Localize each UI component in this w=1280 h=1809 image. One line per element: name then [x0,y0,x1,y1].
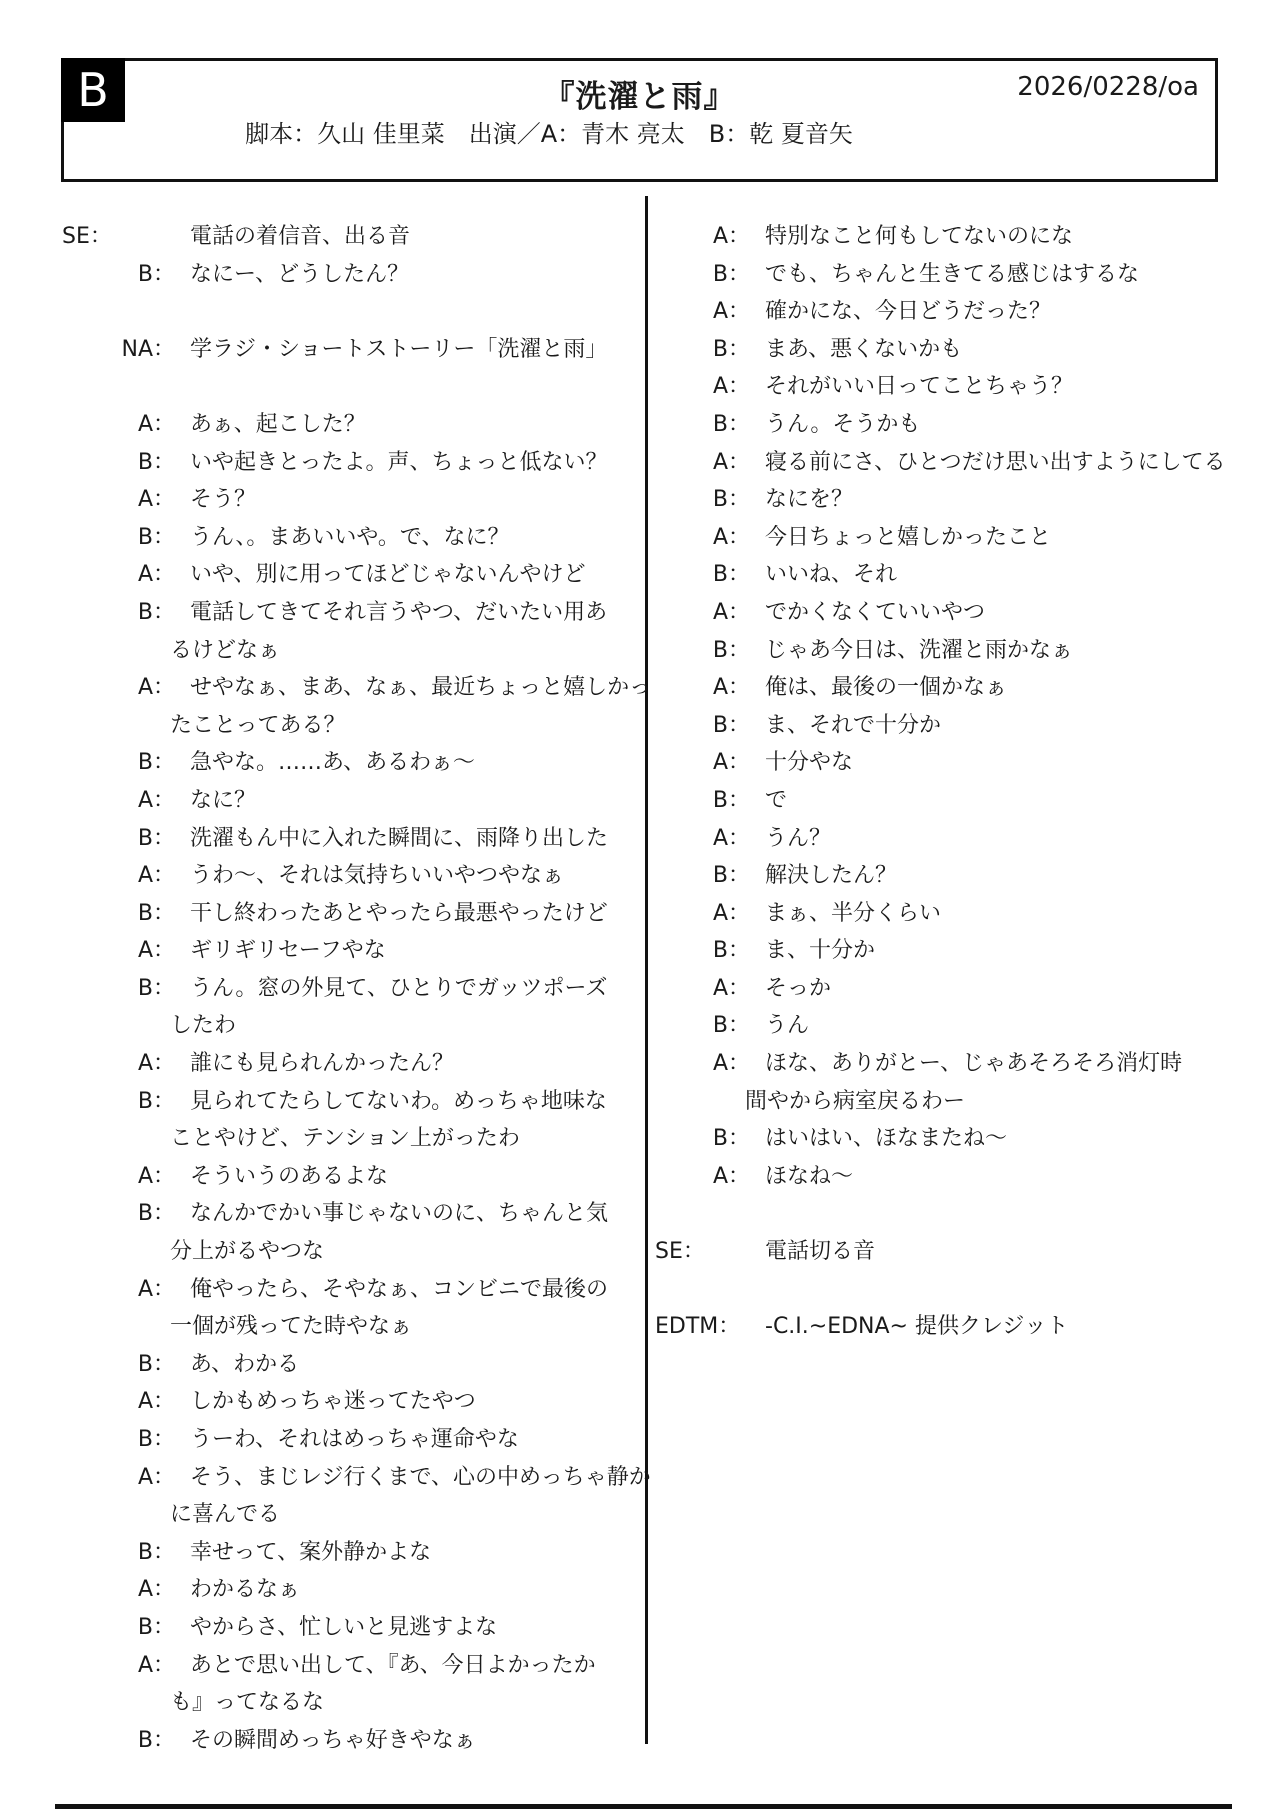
speaker-label: B： [655,1007,750,1045]
line-text: 幸せって、案外静かよな [190,1534,431,1572]
script-row-d: A：俺は、最後の一個かなぁ [655,669,1265,707]
script-row-d: B：ま、十分か [655,932,1265,970]
speaker-label [62,293,175,331]
speaker-label [62,1308,155,1346]
speaker-label: B： [62,970,175,1008]
speaker-label: A： [655,820,750,858]
line-text: ま、十分か [765,932,875,970]
column-divider [645,196,648,1744]
speaker-label: SE： [655,1233,750,1271]
script-row-d: B：なにー、どうしたん？ [62,256,618,294]
line-text: なにー、どうしたん？ [190,256,409,294]
speaker-label [62,1007,155,1045]
line-text: 解決したん？ [765,857,897,895]
speaker-label: B： [655,481,750,519]
script-row-d: B：解決したん？ [655,857,1265,895]
line-text: るけどなぁ [170,632,280,670]
script-row-d: A：俺やったら、そやなぁ、コンビニで最後の [62,1271,618,1309]
speaker-label [62,1120,155,1158]
speaker-label: B： [655,707,750,745]
script-row-d: A：うん？ [655,820,1265,858]
script-row-d: A：確かにな、今日どうだった？ [655,293,1265,331]
next-page-edge [55,1804,1232,1809]
script-row-d: A：あとで思い出して、『あ、今日よかったか [62,1647,618,1685]
script-row-d: B：あ、わかる [62,1346,618,1384]
speaker-label: A： [62,1571,175,1609]
script-row-cont: るけどなぁ [62,632,618,670]
script-row-d: B：うん [655,1007,1265,1045]
line-text: なんかでかい事じゃないのに、ちゃんと気 [190,1195,608,1233]
line-text: そう？ [190,481,256,519]
line-text: 俺やったら、そやなぁ、コンビニで最後の [190,1271,608,1309]
speaker-label: B： [655,857,750,895]
line-text: あぁ、起こした？ [190,406,366,444]
speaker-label: A： [655,744,750,782]
script-row-d: A：十分やな [655,744,1265,782]
line-text: いいね、それ [765,556,897,594]
script-row-d: A：今日ちょっと嬉しかったこと [655,519,1265,557]
speaker-label: A： [655,669,750,707]
speaker-label: B： [62,1534,175,1572]
line-text: ま、それで十分か [765,707,941,745]
speaker-label: A： [62,1158,175,1196]
script-row-d: B：なにを？ [655,481,1265,519]
script-row-cont: ことやけど、テンション上がったわ [62,1120,618,1158]
script-row-d: NA：学ラジ・ショートストーリー「洗濯と雨」 [62,331,618,369]
line-text: も』ってなるな [170,1684,324,1722]
script-row-d: A：いや、別に用ってほどじゃないんやけど [62,556,618,594]
speaker-label: A： [62,669,175,707]
speaker-label: A： [62,556,175,594]
speaker-label: A： [655,519,750,557]
script-row-d: B：洗濯もん中に入れた瞬間に、雨降り出した [62,820,618,858]
line-text: うん。そうかも [765,406,920,444]
script-row-d: A：しかもめっちゃ迷ってたやつ [62,1383,618,1421]
line-text: うん、。まあいいや。で、なに？ [190,519,509,557]
line-text: 俺は、最後の一個かなぁ [765,669,1007,707]
line-text: うん [765,1007,809,1045]
speaker-label: A： [62,406,175,444]
speaker-label: B： [62,744,175,782]
line-text: あとで思い出して、『あ、今日よかったか [190,1647,596,1685]
script-row-d: B：やからさ、忙しいと見逃すよな [62,1609,618,1647]
speaker-label: B： [62,1722,175,1760]
line-text: うーわ、それはめっちゃ運命やな [190,1421,519,1459]
script-column-right: A：特別なこと何もしてないのになB：でも、ちゃんと生きてる感じはするなA：確かに… [655,218,1265,1346]
line-text: 十分やな [765,744,853,782]
speaker-label [655,1195,750,1233]
script-row-d: A：なに？ [62,782,618,820]
script-row-cont: 一個が残ってた時やなぁ [62,1308,618,1346]
line-text: 誰にも見られんかったん？ [190,1045,454,1083]
line-text: ギリギリセーフやな [190,932,386,970]
script-row-cont: 分上がるやつな [62,1233,618,1271]
script-row-d: B：見られてたらしてないわ。めっちゃ地味な [62,1083,618,1121]
script-row-d: A：せやなぁ、まあ、なぁ、最近ちょっと嬉しかっ [62,669,618,707]
script-row-d: B：うん。そうかも [655,406,1265,444]
line-text: うん。窓の外見て、ひとりでガッツポーズ [190,970,607,1008]
speaker-label [62,1496,155,1534]
speaker-label: A： [62,1383,175,1421]
line-text: で [765,782,787,820]
line-text: うわ～、それは気持ちいいやつやなぁ [190,857,564,895]
script-row-d: A：それがいい日ってことちゃう？ [655,368,1265,406]
script-row-se: SE：電話切る音 [655,1233,1265,1271]
line-text: うん？ [765,820,831,858]
line-text: まぁ、半分くらい [765,895,941,933]
speaker-label: A： [655,594,750,632]
speaker-label: NA： [62,331,175,369]
speaker-label: A： [62,1459,175,1497]
script-row-d: B：じゃあ今日は、洗濯と雨かなぁ [655,632,1265,670]
line-text: 電話してきてそれ言うやつ、だいたい用あ [190,594,607,632]
line-text: いや起きとったよ。声、ちょっと低ない？ [190,444,608,482]
line-text: に喜んでる [170,1496,280,1534]
script-row-d: B：幸せって、案外静かよな [62,1534,618,1572]
speaker-label: EDTM： [655,1308,750,1346]
speaker-label: B： [62,1195,175,1233]
credits-line: 脚本：久山 佳里菜 出演／A：青木 亮太 B：乾 夏音矢 [64,114,1034,149]
script-row-d: A：そういうのあるよな [62,1158,618,1196]
script-row-d: A：まぁ、半分くらい [655,895,1265,933]
speaker-label [62,1233,155,1271]
speaker-label: B： [62,519,175,557]
line-text: その瞬間めっちゃ好きやなぁ [190,1722,476,1760]
script-row-cont: 間やから病室戻るわー [655,1083,1265,1121]
speaker-label: B： [62,594,175,632]
speaker-label: A： [62,481,175,519]
line-text: はいはい、ほなまたね～ [765,1120,1007,1158]
speaker-label: B： [62,256,175,294]
speaker-label: B： [655,406,750,444]
line-text: 特別なこと何もしてないのにな [765,218,1073,256]
line-text: 急やな。……あ、あるわぁ～ [190,744,475,782]
air-date: 2026/0228/oa [1017,72,1199,102]
line-text: 分上がるやつな [170,1233,324,1271]
speaker-label: A： [655,970,750,1008]
script-row-d: B：うん。窓の外見て、ひとりでガッツポーズ [62,970,618,1008]
script-row-blank [655,1195,1265,1233]
speaker-label [655,1271,750,1309]
line-text: なにを？ [765,481,853,519]
line-text: まあ、悪くないかも [765,331,962,369]
speaker-label: A： [655,368,750,406]
line-text: でかくなくていいやつ [765,594,985,632]
line-text: ほなね～ [765,1158,853,1196]
line-text: 寝る前にさ、ひとつだけ思い出すようにしてる [765,444,1226,482]
speaker-label: A： [655,1158,750,1196]
script-row-d: B：いや起きとったよ。声、ちょっと低ない？ [62,444,618,482]
speaker-label: B： [62,1346,175,1384]
speaker-label: B： [62,895,175,933]
script-row-d: B：はいはい、ほなまたね～ [655,1120,1265,1158]
line-text: たことってある？ [170,707,346,745]
script-row-d: B：うん、。まあいいや。で、なに？ [62,519,618,557]
script-row-d: B：いいね、それ [655,556,1265,594]
line-text: 学ラジ・ショートストーリー「洗濯と雨」 [190,331,607,369]
script-row-d: A：ほな、ありがとー、じゃあそろそろ消灯時 [655,1045,1265,1083]
script-row-d: B：なんかでかい事じゃないのに、ちゃんと気 [62,1195,618,1233]
script-row-d: B：ま、それで十分か [655,707,1265,745]
speaker-label: A： [62,857,175,895]
speaker-label: B： [655,1120,750,1158]
line-text: いや、別に用ってほどじゃないんやけど [190,556,586,594]
speaker-label [62,1684,155,1722]
speaker-label: B： [655,932,750,970]
line-text: 確かにな、今日どうだった？ [765,293,1051,331]
speaker-label: B： [655,556,750,594]
speaker-label: B： [62,1421,175,1459]
script-row-d: A：でかくなくていいやつ [655,594,1265,632]
line-text: 今日ちょっと嬉しかったこと [765,519,1051,557]
line-text: ことやけど、テンション上がったわ [170,1120,520,1158]
speaker-label: B： [62,444,175,482]
speaker-label: B： [62,1083,175,1121]
script-row-d: A：ギリギリセーフやな [62,932,618,970]
script-row-cont: に喜んでる [62,1496,618,1534]
script-row-cont: したわ [62,1007,618,1045]
script-row-cont: も』ってなるな [62,1684,618,1722]
script-row-blank [62,293,618,331]
line-text: それがいい日ってことちゃう？ [765,368,1073,406]
line-text: 見られてたらしてないわ。めっちゃ地味な [190,1083,607,1121]
speaker-label: A： [62,932,175,970]
script-row-d: B：電話してきてそれ言うやつ、だいたい用あ [62,594,618,632]
line-text: 間やから病室戻るわー [745,1083,965,1121]
script-row-d: A：特別なこと何もしてないのにな [655,218,1265,256]
script-row-d: B：急やな。……あ、あるわぁ～ [62,744,618,782]
line-text: でも、ちゃんと生きてる感じはするな [765,256,1139,294]
line-text: -C.I.~EDNA~ 提供クレジット [765,1308,1068,1346]
speaker-label [62,632,155,670]
speaker-label: A： [655,1045,750,1083]
script-row-d: B：うーわ、それはめっちゃ運命やな [62,1421,618,1459]
speaker-label: B： [655,782,750,820]
line-text: あ、わかる [190,1346,299,1384]
speaker-label [655,1083,730,1121]
speaker-label: A： [655,293,750,331]
script-row-blank [655,1271,1265,1309]
line-text: 一個が残ってた時やなぁ [170,1308,412,1346]
speaker-label: B： [62,1609,175,1647]
speaker-label: B： [655,632,750,670]
line-text: そういうのあるよな [190,1158,388,1196]
speaker-label: SE： [62,218,175,256]
script-column-left: SE：電話の着信音、出る音B：なにー、どうしたん？NA：学ラジ・ショートストーリ… [62,218,618,1759]
script-row-d: A：寝る前にさ、ひとつだけ思い出すようにしてる [655,444,1265,482]
script-row-se: SE：電話の着信音、出る音 [62,218,618,256]
speaker-label: A： [655,895,750,933]
script-row-d: B：その瞬間めっちゃ好きやなぁ [62,1722,618,1760]
speaker-label: A： [655,444,750,482]
speaker-label: B： [655,256,750,294]
speaker-label [62,707,155,745]
speaker-label: A： [62,1647,175,1685]
line-text: わかるなぁ [190,1571,300,1609]
line-text: 電話の着信音、出る音 [190,218,410,256]
speaker-label: A： [62,1271,175,1309]
script-row-d: A：誰にも見られんかったん？ [62,1045,618,1083]
script-row-blank [62,368,618,406]
script-row-d: B：干し終わったあとやったら最悪やったけど [62,895,618,933]
script-row-d: B：でも、ちゃんと生きてる感じはするな [655,256,1265,294]
script-row-cont: たことってある？ [62,707,618,745]
line-text: 洗濯もん中に入れた瞬間に、雨降り出した [190,820,608,858]
script-row-d: A：そう？ [62,481,618,519]
script-row-d: A：そっか [655,970,1265,1008]
script-row-d: A：あぁ、起こした？ [62,406,618,444]
line-text: やからさ、忙しいと見逃すよな [190,1609,497,1647]
script-row-d: B：まあ、悪くないかも [655,331,1265,369]
line-text: 電話切る音 [765,1233,875,1271]
speaker-label: A： [62,782,175,820]
line-text: じゃあ今日は、洗濯と雨かなぁ [765,632,1073,670]
speaker-label: B： [62,820,175,858]
script-row-d: B：で [655,782,1265,820]
script-row-d: A：ほなね～ [655,1158,1265,1196]
line-text: ほな、ありがとー、じゃあそろそろ消灯時 [765,1045,1182,1083]
script-row-edtm: EDTM：-C.I.~EDNA~ 提供クレジット [655,1308,1265,1346]
line-text: しかもめっちゃ迷ってたやつ [190,1383,476,1421]
line-text: せやなぁ、まあ、なぁ、最近ちょっと嬉しかっ [190,669,651,707]
line-text: 干し終わったあとやったら最悪やったけど [190,895,608,933]
line-text: そっか [765,970,831,1008]
script-row-d: A：そう、まじレジ行くまで、心の中めっちゃ静か [62,1459,618,1497]
script-row-d: A：わかるなぁ [62,1571,618,1609]
line-text: そう、まじレジ行くまで、心の中めっちゃ静か [190,1459,651,1497]
script-header: B 『洗濯と雨』 2026/0228/oa 脚本：久山 佳里菜 出演／A：青木 … [61,58,1218,182]
line-text: したわ [170,1007,236,1045]
speaker-label: B： [655,331,750,369]
line-text: なに？ [190,782,256,820]
speaker-label [62,368,175,406]
script-row-d: A：うわ～、それは気持ちいいやつやなぁ [62,857,618,895]
speaker-label: A： [62,1045,175,1083]
speaker-label: A： [655,218,750,256]
